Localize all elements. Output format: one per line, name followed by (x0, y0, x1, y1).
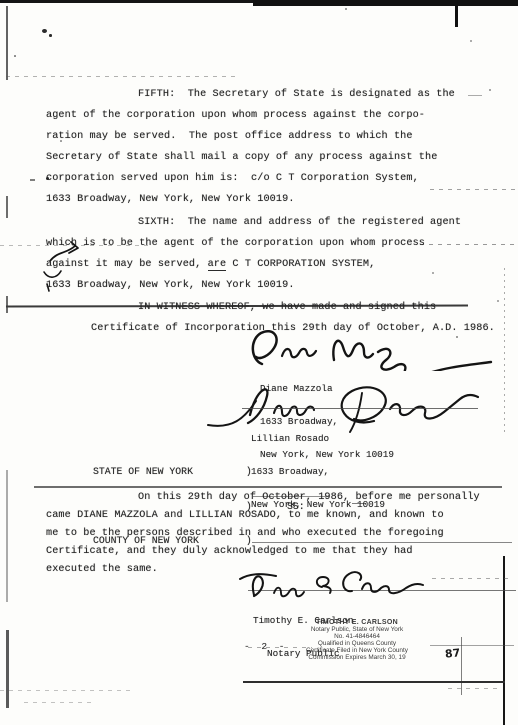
scan-artifact-noise-line (468, 95, 482, 96)
scan-artifact-left-edge (6, 630, 9, 708)
text-line: against it may be served, are C T CORPOR… (46, 254, 461, 275)
signature-rule (242, 408, 478, 409)
text-line: FIFTH: The Secretary of State is designa… (46, 84, 455, 105)
scan-artifact-left-edge (6, 196, 8, 218)
stamp-line: Commission Expires March 30, 19 (272, 655, 442, 662)
scan-speck (49, 34, 52, 37)
text-line: corporation served upon him is: c/o C T … (46, 168, 455, 189)
text-line: agent of the corporation upon whom proce… (46, 105, 455, 126)
text-line: 1633 Broadway, New York, New York 10019. (46, 275, 461, 296)
scan-artifact-noise-line (6, 76, 236, 77)
text-line: Certificate, and they duly acknowledged … (46, 543, 480, 561)
text-line: me to be the persons described in and wh… (46, 525, 480, 543)
scan-artifact-left-edge (6, 470, 8, 602)
scanned-document-page: FIFTH: The Secretary of State is designa… (0, 0, 518, 725)
scan-speck (489, 89, 491, 91)
scan-artifact-corner-stub (455, 3, 458, 27)
scan-speck (42, 29, 47, 33)
scan-speck (345, 8, 347, 10)
text-line: IN WITNESS WHEREOF, we have made and sig… (46, 297, 495, 318)
text-line: which is to be the agent of the corporat… (46, 233, 461, 254)
notary-stamp: TIMOTHY E. CARLSON Notary Public, State … (272, 620, 442, 661)
text-line: 1633 Broadway, New York, New York 10019. (46, 189, 455, 210)
scan-artifact-bottom-line (243, 681, 505, 683)
scan-speck (497, 300, 499, 302)
text-line: SIXTH: The name and address of the regis… (46, 212, 461, 233)
scan-artifact-top-edge-thick (253, 0, 518, 6)
scan-artifact-noise-line (430, 645, 514, 646)
text-segment: C T CORPORATION SYSTEM, (226, 259, 375, 270)
acknowledgment-paragraph: On this 29th day of October, 1986, befor… (46, 489, 480, 579)
scan-artifact-left-edge (6, 6, 8, 80)
venue-state: STATE OF NEW YORK ) (93, 466, 305, 478)
scan-artifact-noise-line (448, 688, 500, 689)
page-number: - 2 - (244, 641, 288, 652)
handwritten-year: 87 (444, 646, 461, 661)
paragraph-fifth: FIFTH: The Secretary of State is designa… (46, 84, 455, 210)
scan-speck (470, 40, 472, 42)
scan-speck (14, 55, 16, 57)
text-line: On this 29th day of October, 1986, befor… (46, 489, 480, 507)
paragraph-sixth: SIXTH: The name and address of the regis… (46, 212, 461, 296)
scan-speck (30, 179, 35, 181)
text-segment: against it may be served, (46, 259, 208, 270)
scan-artifact-noise-line (24, 702, 96, 703)
scan-artifact-noise-line (0, 690, 130, 691)
scan-artifact-right-edge (503, 556, 505, 725)
text-line: ration may be served. The post office ad… (46, 126, 455, 147)
underlined-word: are (208, 259, 227, 271)
text-line: came DIANE MAZZOLA and LILLIAN ROSADO, t… (46, 507, 480, 525)
scan-artifact-right-edge-dotted (504, 268, 505, 433)
text-line: Secretary of State shall mail a copy of … (46, 147, 455, 168)
